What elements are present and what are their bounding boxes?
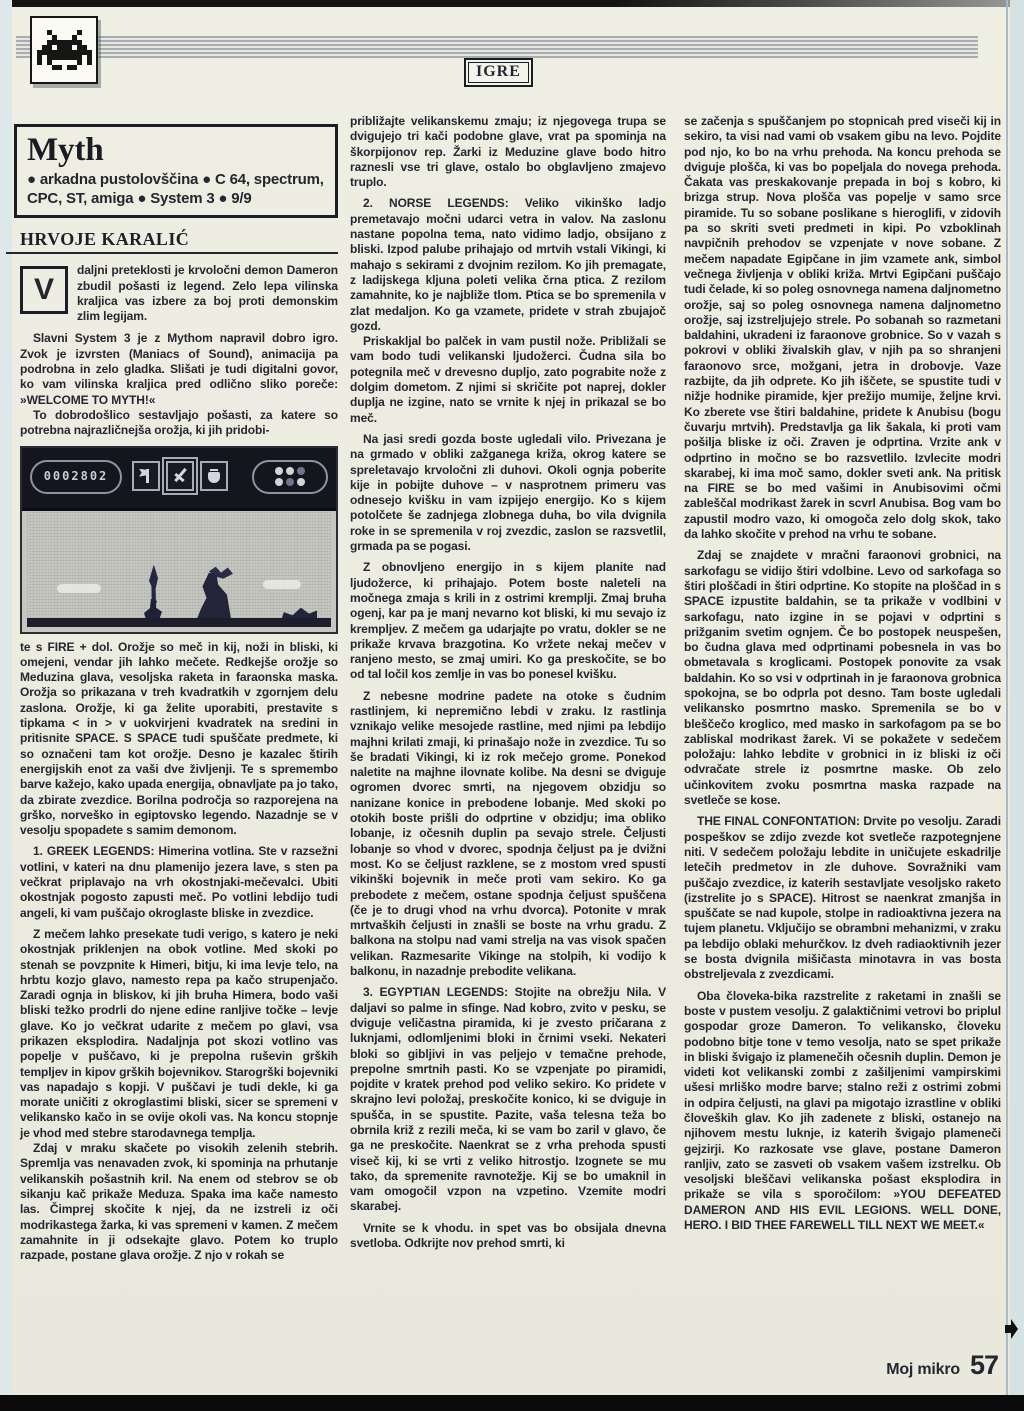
dropcap: V: [20, 266, 68, 314]
paragraph: To dobrodošlico sestavljajo pošasti, za …: [20, 408, 338, 439]
energy-dot: [297, 467, 305, 475]
column-middle: približajte velikanskemu zmaju; iz njego…: [350, 114, 666, 1251]
paragraph: Oba človeka-bika razstrelite z raketami …: [684, 989, 1001, 1234]
energy-dots: [275, 467, 305, 486]
score-value: 0002802: [44, 469, 109, 484]
header-stripe-band: [16, 36, 978, 58]
magazine-name: Moj mikro: [886, 1361, 960, 1379]
page-right-edge-line: [1006, 0, 1008, 1411]
paragraph: 3. EGYPTIAN LEGENDS: Stojite na obrežju …: [350, 985, 666, 1214]
left-paragraphs-top: Slavni System 3 je z Mythom napravil dob…: [20, 331, 338, 438]
paragraph: Z obnovljeno energijo in s kijem planite…: [350, 560, 666, 682]
paragraph: te s FIRE + dol. Orožje so meč in kij, n…: [20, 640, 338, 839]
screenshot-hud: 0002802: [22, 448, 336, 511]
paragraph: Z nebesne modrine padete na otoke s čudn…: [350, 689, 666, 980]
paragraph: Na jasi sredi gozda boste ugledali vilo.…: [350, 432, 666, 554]
ground-strip: [27, 618, 331, 627]
kneeling-figure-silhouette: [197, 573, 231, 619]
paragraph: Zdaj se znajdete v mračni faraonovi grob…: [684, 548, 1001, 808]
paragraph: 1. GREEK LEGENDS: Himerina votlina. Ste …: [20, 844, 338, 920]
author-name: HRVOJE KARALIĆ: [20, 232, 338, 247]
intro-paragraph: Vdaljni preteklosti je krvoločni demon D…: [20, 263, 338, 324]
score-cartouche: 0002802: [30, 460, 122, 494]
cloud-shape: [57, 584, 101, 593]
energy-dot: [286, 478, 294, 486]
left-paragraphs-bottom: te s FIRE + dol. Orožje so meč in kij, n…: [20, 640, 338, 1264]
games-section-logo: [30, 16, 98, 84]
weapon-slot-selected: [166, 461, 194, 491]
axe-icon: [137, 467, 155, 485]
weapon-slot-3: [200, 461, 228, 491]
paragraph: približajte velikanskemu zmaju; iz njego…: [350, 114, 666, 190]
page-footer: Moj mikro 57: [886, 1350, 998, 1381]
author-divider: [6, 252, 338, 254]
urn-icon: [205, 467, 223, 485]
section-label-box: IGRE: [464, 58, 533, 87]
screenshot-playfield: [27, 511, 331, 627]
magazine-page: IGRE Myth ● arkadna pustolovščina ● C 64…: [0, 0, 1024, 1411]
page-right-edge: [1010, 0, 1024, 1411]
paragraph: Slavni System 3 je z Mythom napravil dob…: [20, 331, 338, 407]
weapon-slot-1: [132, 461, 160, 491]
paragraph: se začenja s spuščanjem po stopnicah pre…: [684, 114, 1001, 542]
space-invader-icon: [37, 30, 42, 35]
paragraph: THE FINAL CONFONTATION: Drvite po vesolj…: [684, 814, 1001, 982]
game-title: Myth: [27, 133, 325, 167]
game-screenshot: 0002802: [20, 446, 338, 634]
page-bottom-edge: [0, 1395, 1024, 1411]
section-label: IGRE: [468, 62, 529, 83]
energy-cartouche: [252, 460, 328, 494]
cloud-shape: [263, 580, 301, 589]
column-right: se začenja s spuščanjem po stopnicah pre…: [684, 114, 1001, 1233]
continuation-arrow-icon: [1003, 1318, 1019, 1340]
game-title-box: Myth ● arkadna pustolovščina ● C 64, spe…: [14, 124, 338, 218]
energy-dot: [275, 478, 283, 486]
paragraph: Z mečem lahko presekate tudi verigo, s k…: [20, 927, 338, 1141]
column-left: Myth ● arkadna pustolovščina ● C 64, spe…: [20, 124, 338, 1263]
paragraph: Zdaj v mraku skačete po visokih zelenih …: [20, 1141, 338, 1263]
page-left-edge: [0, 0, 12, 1411]
energy-dot: [286, 467, 294, 475]
page-number: 57: [970, 1350, 998, 1381]
paragraph: 2. NORSE LEGENDS: Veliko vikinško ladjo …: [350, 196, 666, 334]
paragraph: Vrnite se k vhodu. in spet vas bo obsija…: [350, 1221, 666, 1252]
weapon-slots: [132, 461, 228, 491]
game-specs: ● arkadna pustolovščina ● C 64, spectrum…: [27, 170, 325, 208]
paragraph: Priskakljal bo palček in vam pustil nože…: [350, 334, 666, 426]
intro-text: daljni preteklosti je krvoločni demon Da…: [77, 263, 338, 323]
sword-icon: [171, 467, 189, 485]
energy-dot: [275, 467, 283, 475]
energy-dot: [297, 478, 305, 486]
page-top-edge: [0, 0, 1024, 7]
